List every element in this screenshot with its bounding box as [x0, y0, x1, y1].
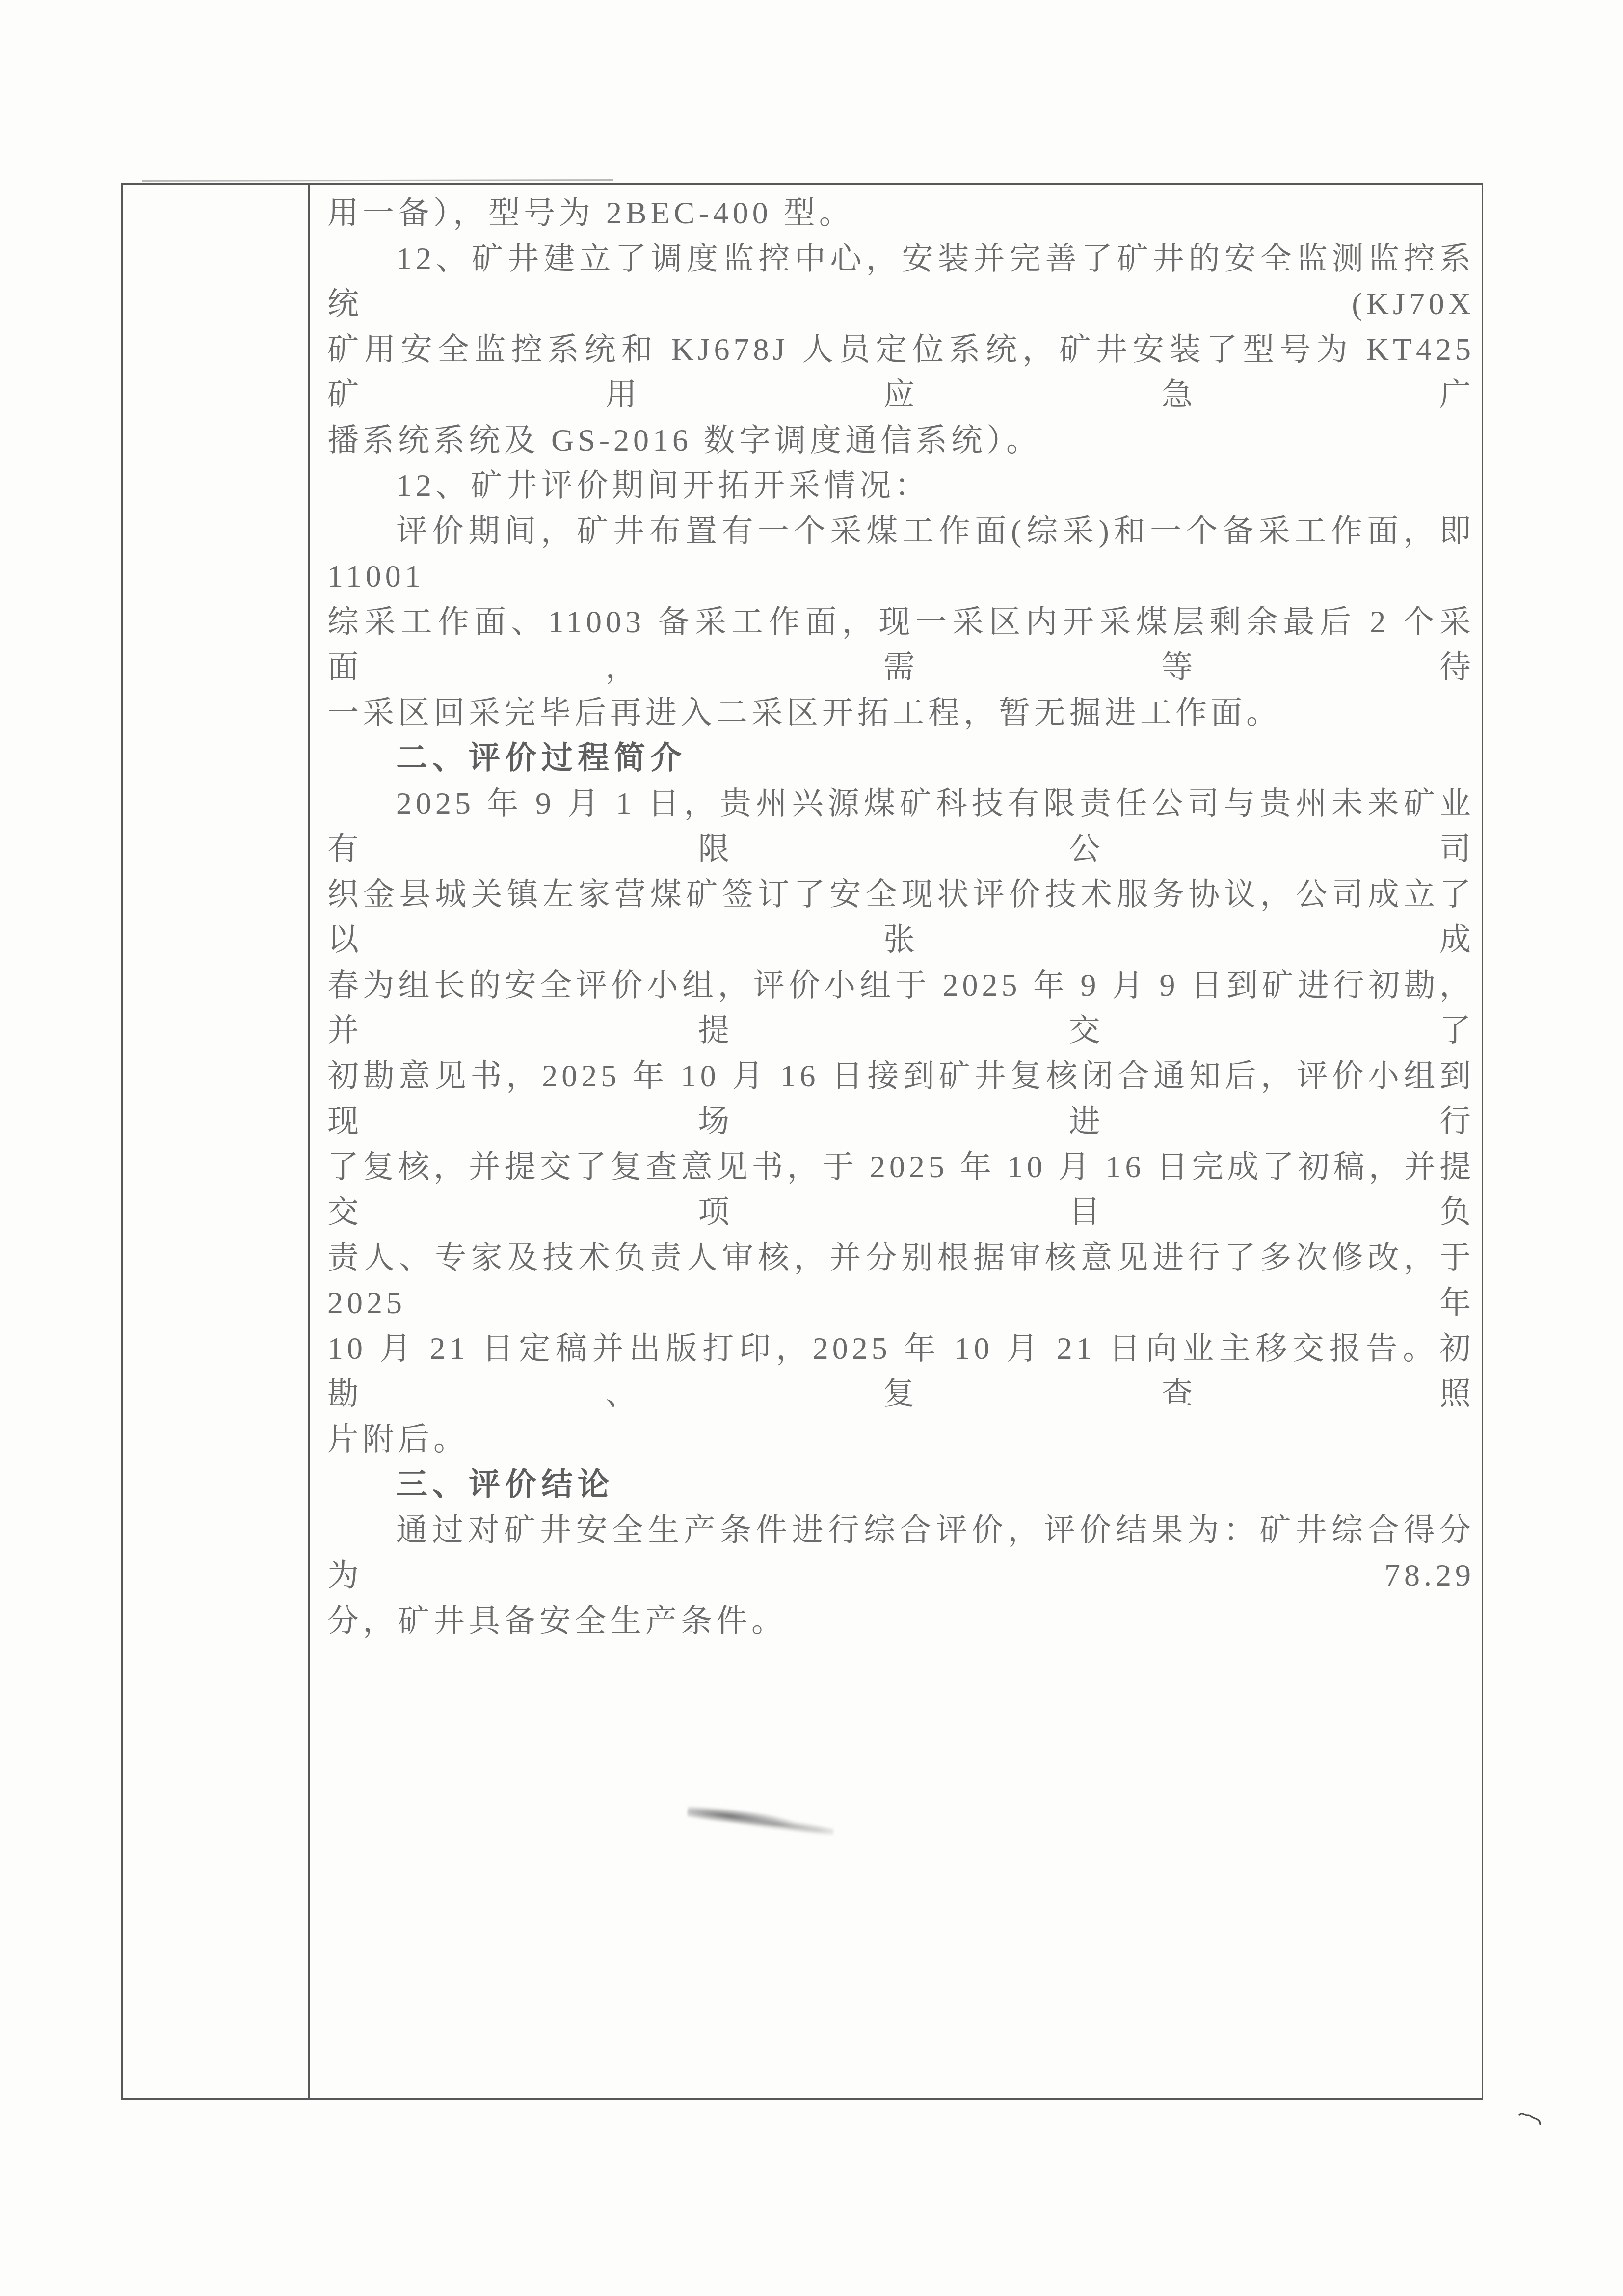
- text-line: 一采区回采完毕后再进入二采区开拓工程，暂无掘进工作面。: [327, 690, 1475, 736]
- text-line: 初勘意见书，2025 年 10 月 16 日接到矿井复核闭合通知后，评价小组到现…: [327, 1053, 1475, 1144]
- text-line: 片附后。: [327, 1417, 1475, 1462]
- section-heading: 三、评价结论: [327, 1462, 1475, 1508]
- text-line: 12、矿井建立了调度监控中心，安装并完善了矿井的安全监测监控系统(KJ70X: [327, 236, 1475, 327]
- text-line: 分，矿井具备安全生产条件。: [327, 1598, 1475, 1644]
- pen-squiggle-mark: [1518, 2111, 1543, 2129]
- text-line: 综采工作面、11003 备采工作面，现一采区内开采煤层剩余最后 2 个采面，需等…: [327, 599, 1475, 690]
- text-line: 春为组长的安全评价小组，评价小组于 2025 年 9 月 9 日到矿进行初勘，并…: [327, 963, 1475, 1053]
- text-line: 织金县城关镇左家营煤矿签订了安全现状评价技术服务协议，公司成立了以张成: [327, 872, 1475, 963]
- content-table: 用一备），型号为 2BEC-400 型。 12、矿井建立了调度监控中心，安装并完…: [121, 183, 1483, 2100]
- text-line: 10 月 21 日定稿并出版打印，2025 年 10 月 21 日向业主移交报告…: [327, 1326, 1475, 1417]
- table-stub-column: [123, 185, 310, 2098]
- text-line: 2025 年 9 月 1 日，贵州兴源煤矿科技有限责任公司与贵州未来矿业有限公司: [327, 781, 1475, 872]
- text-line: 通过对矿井安全生产条件进行综合评价，评价结果为：矿井综合得分为 78.29: [327, 1508, 1475, 1598]
- text-line: 矿用安全监控系统和 KJ678J 人员定位系统，矿井安装了型号为 KT425 矿…: [327, 327, 1475, 418]
- text-line: 播系统系统及 GS-2016 数字调度通信系统）。: [327, 418, 1475, 463]
- body-text: 用一备），型号为 2BEC-400 型。 12、矿井建立了调度监控中心，安装并完…: [327, 190, 1475, 1644]
- document-page: 用一备），型号为 2BEC-400 型。 12、矿井建立了调度监控中心，安装并完…: [0, 0, 1623, 2296]
- text-line: 责人、专家及技术负责人审核，并分别根据审核意见进行了多次修改，于 2025 年: [327, 1235, 1475, 1326]
- text-line: 用一备），型号为 2BEC-400 型。: [327, 190, 1475, 236]
- text-line: 评价期间，矿井布置有一个采煤工作面(综采)和一个备采工作面，即 11001: [327, 509, 1475, 599]
- text-line: 了复核，并提交了复查意见书，于 2025 年 10 月 16 日完成了初稿，并提…: [327, 1144, 1475, 1235]
- table-content-cell: 用一备），型号为 2BEC-400 型。 12、矿井建立了调度监控中心，安装并完…: [310, 185, 1482, 2098]
- text-line: 12、矿井评价期间开拓开采情况：: [327, 463, 1475, 509]
- section-heading: 二、评价过程简介: [327, 735, 1475, 781]
